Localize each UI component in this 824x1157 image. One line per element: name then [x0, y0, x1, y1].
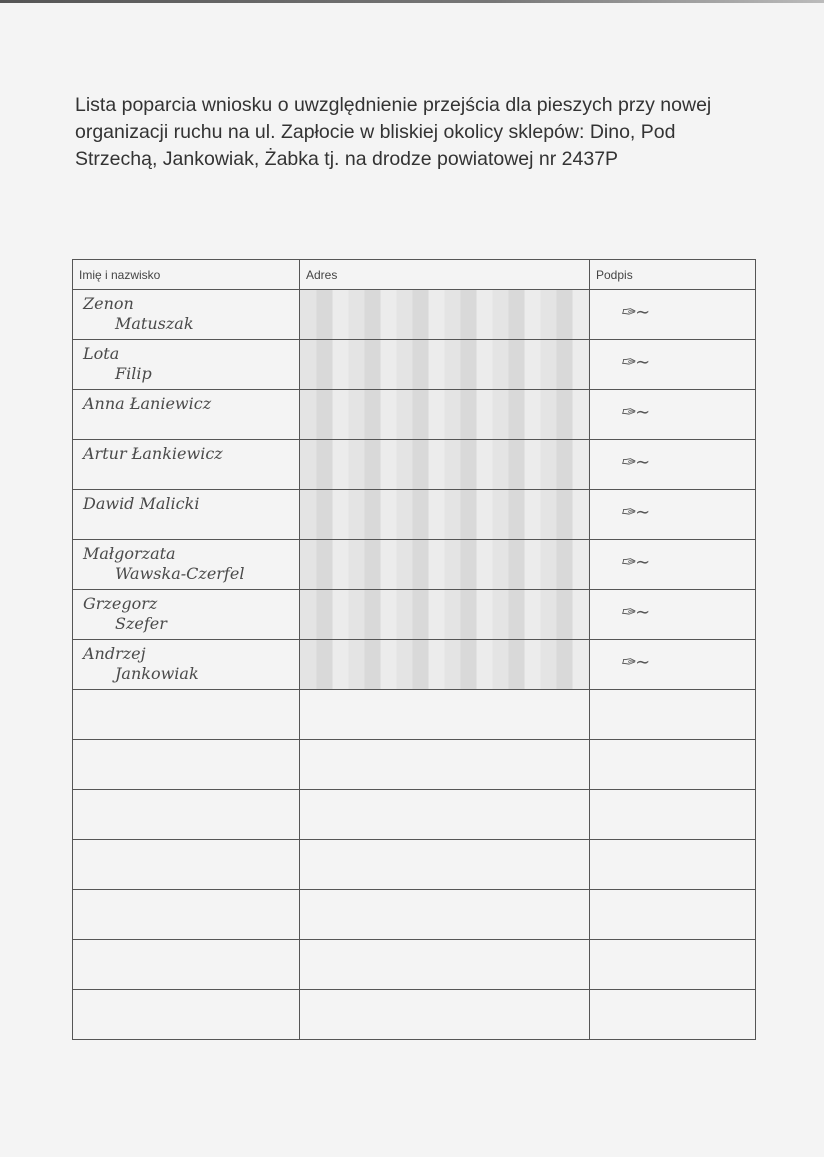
address-cell	[300, 590, 590, 640]
handwritten-signature: ✑∼	[590, 340, 755, 373]
address-cell	[300, 940, 590, 990]
name-line-1: Małgorzata	[83, 544, 176, 563]
table-row	[73, 690, 756, 740]
handwritten-signature: ✑∼	[590, 540, 755, 573]
address-cell	[300, 390, 590, 440]
name-line-2: Wawska-Czerfel	[83, 564, 299, 584]
name-cell: GrzegorzSzefer	[73, 590, 300, 640]
name-line-2: Jankowiak	[83, 664, 299, 684]
signature-cell: ✑∼	[590, 390, 756, 440]
name-cell: Anna Łaniewicz	[73, 390, 300, 440]
scan-top-edge	[0, 0, 824, 3]
signature-cell: ✑∼	[590, 290, 756, 340]
signature-cell	[590, 940, 756, 990]
handwritten-signature: ✑∼	[590, 290, 755, 323]
table-row	[73, 940, 756, 990]
handwritten-signature: ✑∼	[590, 490, 755, 523]
table-row: Anna Łaniewicz✑∼	[73, 390, 756, 440]
name-cell: MałgorzataWawska-Czerfel	[73, 540, 300, 590]
name-cell	[73, 990, 300, 1040]
document-heading: Lista poparcia wniosku o uwzględnienie p…	[75, 92, 755, 173]
name-line-1: Artur Łankiewicz	[83, 444, 223, 463]
signature-cell	[590, 990, 756, 1040]
address-cell	[300, 840, 590, 890]
signature-cell	[590, 890, 756, 940]
signature-cell: ✑∼	[590, 640, 756, 690]
header-name: Imię i nazwisko	[73, 260, 300, 290]
address-cell	[300, 640, 590, 690]
name-line-2: Matuszak	[83, 314, 299, 334]
signature-cell	[590, 790, 756, 840]
header-address: Adres	[300, 260, 590, 290]
address-cell	[300, 790, 590, 840]
name-line-2: Szefer	[83, 614, 299, 634]
address-cell	[300, 440, 590, 490]
signature-cell: ✑∼	[590, 540, 756, 590]
table-row: GrzegorzSzefer✑∼	[73, 590, 756, 640]
name-line-1: Andrzej	[83, 644, 146, 663]
table-row	[73, 790, 756, 840]
handwritten-signature: ✑∼	[590, 640, 755, 673]
name-line-1: Zenon	[83, 294, 134, 313]
name-line-1: Lota	[83, 344, 119, 363]
table-header-row: Imię i nazwisko Adres Podpis	[73, 260, 756, 290]
signature-cell	[590, 840, 756, 890]
table-row	[73, 840, 756, 890]
table-row	[73, 740, 756, 790]
table-row: Artur Łankiewicz✑∼	[73, 440, 756, 490]
handwritten-signature: ✑∼	[590, 590, 755, 623]
signature-cell	[590, 740, 756, 790]
name-cell: Artur Łankiewicz	[73, 440, 300, 490]
address-cell	[300, 290, 590, 340]
name-line-1: Grzegorz	[83, 594, 157, 613]
signature-cell: ✑∼	[590, 590, 756, 640]
address-cell	[300, 990, 590, 1040]
signature-cell: ✑∼	[590, 440, 756, 490]
table-row: LotaFilip✑∼	[73, 340, 756, 390]
address-cell	[300, 890, 590, 940]
address-cell	[300, 340, 590, 390]
table-row: Dawid Malicki✑∼	[73, 490, 756, 540]
name-cell	[73, 790, 300, 840]
table-row: MałgorzataWawska-Czerfel✑∼	[73, 540, 756, 590]
name-cell	[73, 940, 300, 990]
handwritten-signature: ✑∼	[590, 390, 755, 423]
address-cell	[300, 540, 590, 590]
address-cell	[300, 740, 590, 790]
name-cell: Dawid Malicki	[73, 490, 300, 540]
table-row: ZenonMatuszak✑∼	[73, 290, 756, 340]
name-line-1: Dawid Malicki	[83, 494, 199, 513]
name-cell: AndrzejJankowiak	[73, 640, 300, 690]
name-line-2: Filip	[83, 364, 299, 384]
signature-cell: ✑∼	[590, 340, 756, 390]
signature-table: Imię i nazwisko Adres Podpis ZenonMatusz…	[72, 259, 756, 1040]
address-cell	[300, 690, 590, 740]
name-cell	[73, 890, 300, 940]
handwritten-signature: ✑∼	[590, 440, 755, 473]
signature-cell: ✑∼	[590, 490, 756, 540]
address-cell	[300, 490, 590, 540]
table-row: AndrzejJankowiak✑∼	[73, 640, 756, 690]
signature-cell	[590, 690, 756, 740]
name-line-1: Anna Łaniewicz	[83, 394, 211, 413]
name-cell: LotaFilip	[73, 340, 300, 390]
table-row	[73, 890, 756, 940]
name-cell	[73, 690, 300, 740]
name-cell: ZenonMatuszak	[73, 290, 300, 340]
table-row	[73, 990, 756, 1040]
name-cell	[73, 740, 300, 790]
name-cell	[73, 840, 300, 890]
header-signature: Podpis	[590, 260, 756, 290]
